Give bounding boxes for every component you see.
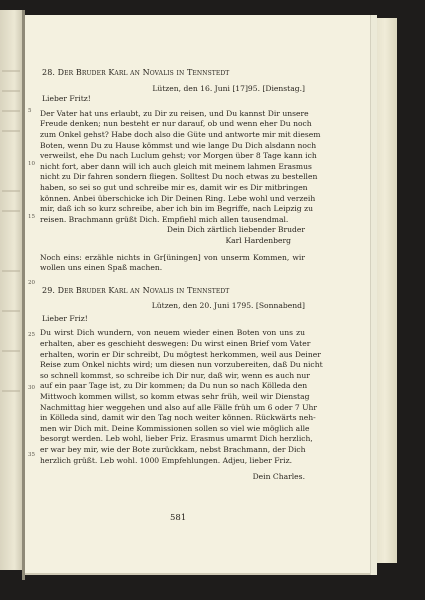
bleed-through-line (2, 70, 20, 72)
body-line: verweilst, ehe Du nach Luclum gehst; vor… (40, 151, 305, 162)
line-number: 5 (28, 108, 32, 114)
bleed-through-line (2, 130, 20, 132)
body-line: er war bey mir, wie der Bote zurückkam, … (40, 445, 305, 456)
page-number: 581 (170, 513, 186, 523)
body-line: herzlich grüßt. Leb wohl. 1000 Empfehlun… (40, 456, 305, 467)
letter-salutation: Lieber Fritz! (42, 94, 305, 105)
bleed-through-line (2, 310, 20, 312)
body-line: reisen. Brachmann grüßt Dich. Empfiehl m… (40, 215, 305, 226)
letter-28: 28. Der Bruder Karl an Novalis in Tennst… (40, 68, 305, 274)
body-line: nicht fort, aber dann will ich auch glei… (40, 162, 305, 173)
body-line: so schnell kommst, so schreibe ich Dir n… (40, 371, 305, 382)
letter-dateline: Lützen, den 16. Juni [17]95. [Dienstag.] (40, 84, 305, 95)
bleed-through-line (2, 210, 20, 212)
body-line: Du wirst Dich wundern, von neuem wieder … (40, 328, 305, 339)
body-line: mir, daß ich so kurz schreibe, aber ich … (40, 204, 305, 215)
bleed-through-line (2, 390, 20, 392)
bleed-through-line (2, 350, 20, 352)
line-number: 10 (28, 161, 35, 167)
body-line: Nachmittag hier weggehen und also auf al… (40, 403, 305, 414)
line-number: 30 (28, 385, 35, 391)
line-number: 35 (28, 452, 35, 458)
body-line: in Kölleda sind, damit wir den Tag noch … (40, 413, 305, 424)
body-line: Boten, wenn Du zu Hause kömmst und wie l… (40, 141, 305, 152)
bleed-through-line (2, 270, 20, 272)
line-number: 25 (28, 332, 35, 338)
body-line: zum Onkel gehst? Habe doch also die Güte… (40, 130, 305, 141)
body-line: erhalten, worin er Dir schreibt, Du mögt… (40, 350, 305, 361)
line-number: 20 (28, 280, 35, 286)
line-number: 15 (28, 214, 35, 220)
page-stack-edge (376, 18, 397, 563)
letter-29: 29. Der Bruder Karl an Novalis in Tennst… (40, 286, 305, 483)
section-gap (40, 274, 305, 286)
body-line: auf ein paar Tage ist, zu Dir kommen; da… (40, 381, 305, 392)
bleed-through-line (2, 110, 20, 112)
page-shadow (25, 573, 370, 575)
postscript-line: wollen uns einen Spaß machen. (40, 263, 305, 274)
letter-signature: Karl Hardenberg (40, 236, 291, 247)
letter-closing: Dein Dich zärtlich liebender Bruder (40, 225, 305, 236)
body-line: Der Vater hat uns erlaubt, zu Dir zu rei… (40, 109, 305, 120)
body-line: haben, so sei so gut und schreibe mir es… (40, 183, 305, 194)
left-page-edge (0, 10, 24, 570)
body-line: Mittwoch kommen willst, so komm etwas se… (40, 392, 305, 403)
letter-dateline: Lützen, den 20. Juni 1795. [Sonnabend] (40, 301, 305, 312)
page-edge (370, 15, 377, 575)
body-line: besorgt werden. Leb wohl, lieber Friz. E… (40, 434, 305, 445)
bleed-through-line (2, 90, 20, 92)
letter-salutation: Lieber Friz! (42, 314, 305, 325)
body-line: können. Anbei überschicke ich Dir Deinen… (40, 194, 305, 205)
body-line: Reise zum Onkel nichts wird; um diesen n… (40, 360, 305, 371)
body-line: erhalten, aber es geschieht deswegen: Du… (40, 339, 305, 350)
page-text: 28. Der Bruder Karl an Novalis in Tennst… (40, 68, 305, 483)
postscript-line: Noch eins: erzähle nichts in Gr[üningen]… (40, 253, 305, 264)
letter-heading: 28. Der Bruder Karl an Novalis in Tennst… (42, 68, 305, 79)
bleed-through-line (2, 190, 20, 192)
letter-signature: Dein Charles. (40, 472, 305, 483)
body-line: Freude denken; nun besteht er nur darauf… (40, 119, 305, 130)
body-line: nicht zu Dir fahren sondern fliegen. Sol… (40, 172, 305, 183)
body-line: men wir Dich mit. Deine Kommissionen sol… (40, 424, 305, 435)
letter-heading: 29. Der Bruder Karl an Novalis in Tennst… (42, 286, 305, 297)
